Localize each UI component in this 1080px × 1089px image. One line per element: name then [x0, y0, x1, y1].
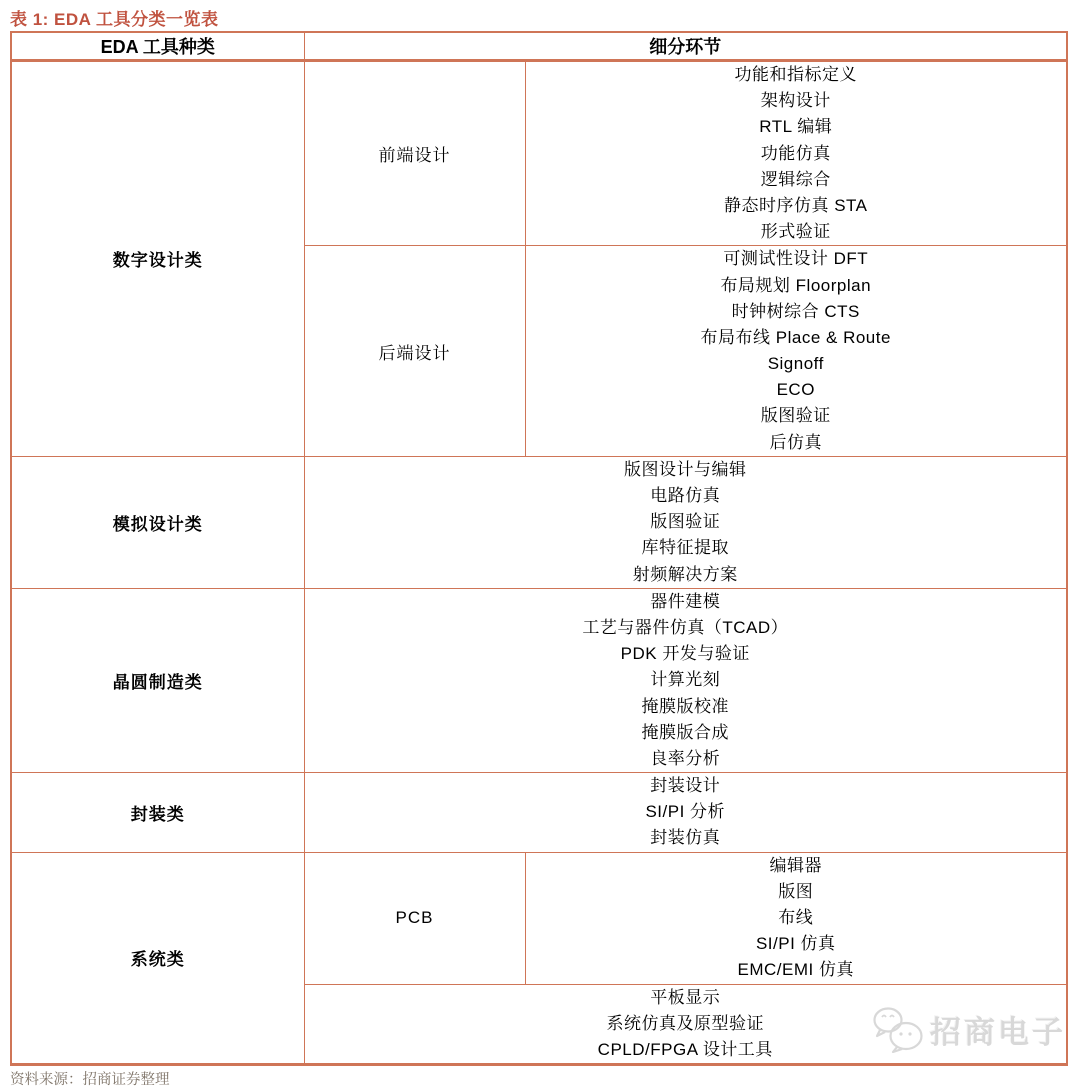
report-page: 表 1: EDA 工具分类一览表 EDA 工具种类 细分环节 数字设计类前端设计… — [0, 0, 1080, 1089]
category-cell: 系统类 — [11, 852, 304, 1065]
item-line: 布局规划 Floorplan — [526, 273, 1067, 299]
item-line: RTL 编辑 — [526, 114, 1067, 140]
items-cell: 编辑器版图布线SI/PI 仿真EMC/EMI 仿真 — [525, 852, 1067, 984]
item-line: 功能和指标定义 — [526, 62, 1067, 88]
source-note: 资料来源：招商证券整理 — [10, 1068, 170, 1089]
item-line: CPLD/FPGA 设计工具 — [305, 1037, 1067, 1063]
item-line: 掩膜版校准 — [305, 694, 1067, 720]
item-line: 编辑器 — [526, 853, 1067, 879]
item-line: SI/PI 仿真 — [526, 931, 1067, 957]
item-line: 版图 — [526, 879, 1067, 905]
header-tool-type: EDA 工具种类 — [11, 32, 304, 61]
header-row: EDA 工具种类 细分环节 — [11, 32, 1067, 61]
items-cell: 平板显示系统仿真及原型验证CPLD/FPGA 设计工具 — [304, 984, 1067, 1065]
item-line: 时钟树综合 CTS — [526, 299, 1067, 325]
item-line: 工艺与器件仿真（TCAD） — [305, 615, 1067, 641]
table-row: 封装类封装设计SI/PI 分析封装仿真 — [11, 773, 1067, 853]
item-line: 功能仿真 — [526, 141, 1067, 167]
item-line: 封装设计 — [305, 773, 1067, 799]
item-line: Signoff — [526, 351, 1067, 377]
item-line: EMC/EMI 仿真 — [526, 957, 1067, 983]
item-line: 库特征提取 — [305, 535, 1067, 561]
item-line: 射频解决方案 — [305, 562, 1067, 588]
item-line: 系统仿真及原型验证 — [305, 1011, 1067, 1037]
item-line: PDK 开发与验证 — [305, 641, 1067, 667]
category-cell: 数字设计类 — [11, 61, 304, 457]
table-title: 表 1: EDA 工具分类一览表 — [10, 5, 219, 30]
table-row: 系统类PCB编辑器版图布线SI/PI 仿真EMC/EMI 仿真 — [11, 852, 1067, 984]
items-cell: 器件建模工艺与器件仿真（TCAD）PDK 开发与验证计算光刻掩膜版校准掩膜版合成… — [304, 588, 1067, 772]
subcategory-cell: 后端设计 — [304, 246, 525, 457]
item-line: 封装仿真 — [305, 825, 1067, 851]
items-cell: 功能和指标定义架构设计RTL 编辑功能仿真逻辑综合静态时序仿真 STA形式验证 — [525, 61, 1067, 246]
item-line: 布局布线 Place & Route — [526, 325, 1067, 351]
header-segment: 细分环节 — [304, 32, 1067, 61]
subcategory-cell: PCB — [304, 852, 525, 984]
item-line: 静态时序仿真 STA — [526, 193, 1067, 219]
item-line: 版图设计与编辑 — [305, 457, 1067, 483]
item-line: 良率分析 — [305, 746, 1067, 772]
item-line: 后仿真 — [526, 430, 1067, 456]
item-line: 逻辑综合 — [526, 167, 1067, 193]
item-line: 架构设计 — [526, 88, 1067, 114]
item-line: 平板显示 — [305, 985, 1067, 1011]
items-cell: 可测试性设计 DFT布局规划 Floorplan时钟树综合 CTS布局布线 Pl… — [525, 246, 1067, 457]
item-line: 版图验证 — [305, 509, 1067, 535]
table-row: 模拟设计类版图设计与编辑电路仿真版图验证库特征提取射频解决方案 — [11, 456, 1067, 588]
item-line: 可测试性设计 DFT — [526, 246, 1067, 272]
item-line: 形式验证 — [526, 219, 1067, 245]
item-line: 器件建模 — [305, 589, 1067, 615]
category-cell: 模拟设计类 — [11, 456, 304, 588]
item-line: 版图验证 — [526, 403, 1067, 429]
item-line: 掩膜版合成 — [305, 720, 1067, 746]
item-line: ECO — [526, 377, 1067, 403]
items-cell: 封装设计SI/PI 分析封装仿真 — [304, 773, 1067, 853]
item-line: SI/PI 分析 — [305, 799, 1067, 825]
table-row: 数字设计类前端设计功能和指标定义架构设计RTL 编辑功能仿真逻辑综合静态时序仿真… — [11, 61, 1067, 246]
item-line: 布线 — [526, 905, 1067, 931]
subcategory-cell: 前端设计 — [304, 61, 525, 246]
table-body: 数字设计类前端设计功能和指标定义架构设计RTL 编辑功能仿真逻辑综合静态时序仿真… — [11, 61, 1067, 1065]
category-cell: 封装类 — [11, 773, 304, 853]
items-cell: 版图设计与编辑电路仿真版图验证库特征提取射频解决方案 — [304, 456, 1067, 588]
item-line: 电路仿真 — [305, 483, 1067, 509]
table-row: 晶圆制造类器件建模工艺与器件仿真（TCAD）PDK 开发与验证计算光刻掩膜版校准… — [11, 588, 1067, 772]
eda-classification-table: EDA 工具种类 细分环节 数字设计类前端设计功能和指标定义架构设计RTL 编辑… — [10, 31, 1068, 1066]
item-line: 计算光刻 — [305, 667, 1067, 693]
category-cell: 晶圆制造类 — [11, 588, 304, 772]
